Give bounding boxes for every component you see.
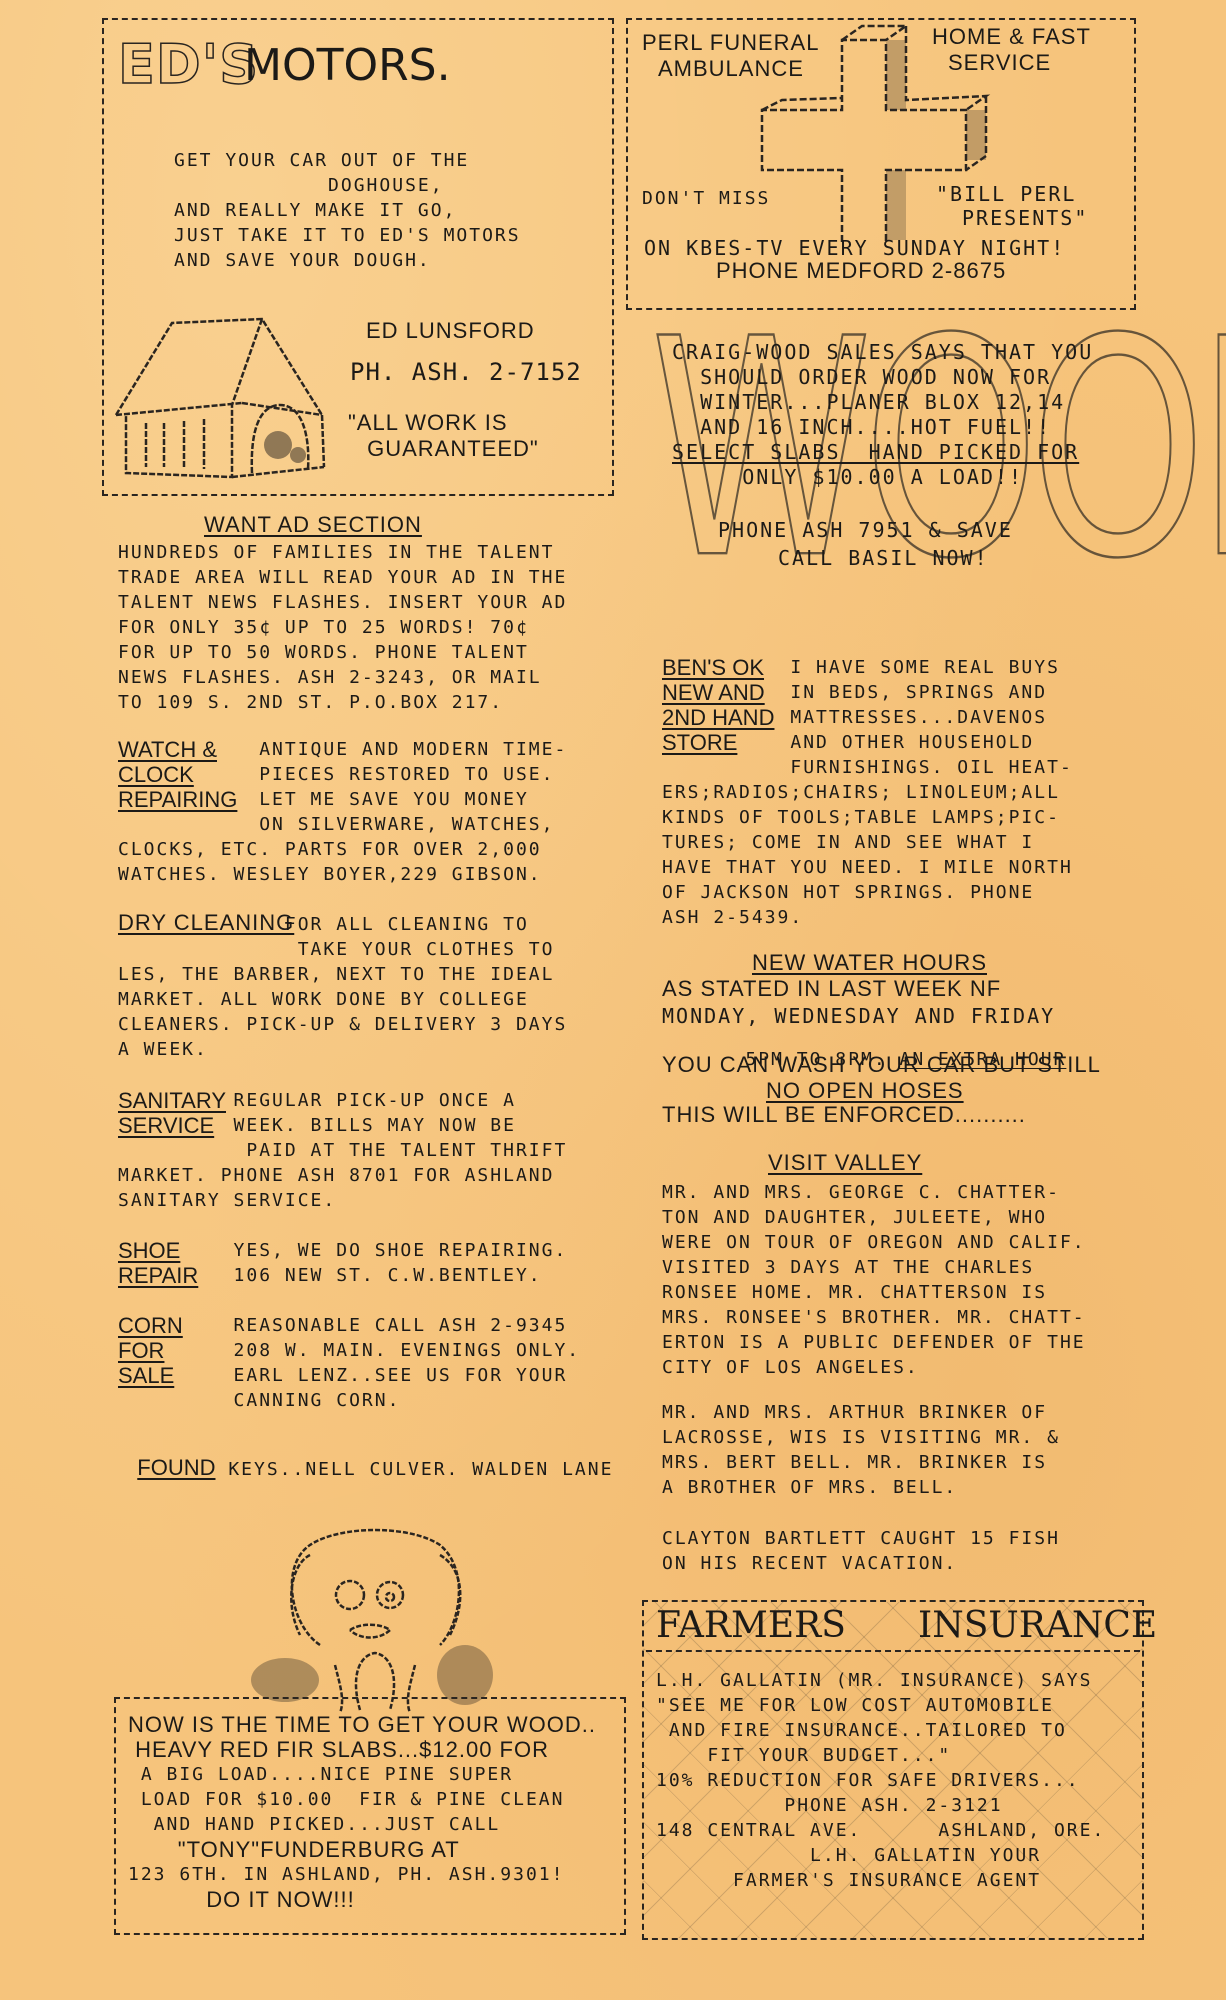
found-ad: FOUND KEYS..NELL CULVER. WALDEN LANE: [118, 1436, 613, 1481]
craig-wood-call: CALL BASIL NOW!: [778, 548, 989, 568]
eds-motors-guarantee-2: GUARANTEED": [360, 438, 539, 460]
visit-valley-para-3: CLAYTON BARTLETT CAUGHT 15 FISH ON HIS R…: [662, 1526, 1060, 1576]
perl-funeral-show-1: "BILL PERL: [936, 184, 1076, 204]
want-ad-heading: WANT AD SECTION: [204, 514, 422, 536]
perl-funeral-tv: ON KBES-TV EVERY SUNDAY NIGHT!: [644, 238, 1065, 258]
water-hours-line-5: NO OPEN HOSES: [766, 1080, 964, 1102]
visit-valley-heading: VISIT VALLEY: [768, 1152, 922, 1174]
eds-motors-title: MOTORS.: [244, 44, 451, 88]
tony-wood-text: NOW IS THE TIME TO GET YOUR WOOD.. HEAVY…: [128, 1712, 596, 1912]
water-hours-line-4: YOU CAN WASH YOUR CAR BUT STILL: [662, 1054, 1101, 1076]
found-text: KEYS..NELL CULVER. WALDEN LANE: [215, 1459, 613, 1480]
water-hours-line-1: AS STATED IN LAST WEEK NF: [662, 978, 1001, 1000]
eds-motors-poem: GET YOUR CAR OUT OF THE DOGHOUSE, AND RE…: [174, 148, 521, 273]
water-hours-line-6: THIS WILL BE ENFORCED..........: [662, 1104, 1026, 1126]
perl-funeral-right-2: SERVICE: [948, 52, 1051, 74]
farmers-text: L.H. GALLATIN (MR. INSURANCE) SAYS "SEE …: [656, 1668, 1105, 1893]
craig-wood-text: CRAIG-WOOD SALES SAYS THAT YOU SHOULD OR…: [672, 340, 1093, 490]
visit-valley-para-2: MR. AND MRS. ARTHUR BRINKER OF LACROSSE,…: [662, 1400, 1060, 1500]
craig-wood-phone: PHONE ASH 7951 & SAVE: [718, 520, 1013, 540]
water-hours-heading: NEW WATER HOURS: [752, 952, 987, 974]
eds-motors-guarantee-1: "ALL WORK IS: [348, 412, 508, 434]
eds-motors-title-bold: ED'S: [118, 38, 259, 92]
bens-store-text: I HAVE SOME REAL BUYS IN BEDS, SPRINGS A…: [662, 655, 1073, 930]
watch-repair-text: ANTIQUE AND MODERN TIME- PIECES RESTORED…: [118, 737, 567, 887]
perl-funeral-left-1: PERL FUNERAL: [642, 32, 819, 54]
visit-valley-para-1: MR. AND MRS. GEORGE C. CHATTER- TON AND …: [662, 1180, 1086, 1380]
eds-motors-phone: PH. ASH. 2-7152: [350, 360, 582, 384]
farmers-title-left: FARMERS: [656, 1608, 846, 1644]
perl-funeral-left-2: AMBULANCE: [658, 58, 804, 80]
shoe-repair-text: YES, WE DO SHOE REPAIRING. 106 NEW ST. C…: [118, 1238, 567, 1288]
perl-funeral-dont-miss: DON'T MISS: [642, 190, 770, 208]
want-ad-intro: HUNDREDS OF FAMILIES IN THE TALENT TRADE…: [118, 540, 567, 715]
farmers-title-right: INSURANCE: [918, 1608, 1157, 1644]
doghouse-icon: [112, 305, 342, 485]
perl-funeral-show-2: PRESENTS": [962, 208, 1088, 228]
sanitary-text: REGULAR PICK-UP ONCE A WEEK. BILLS MAY N…: [118, 1088, 567, 1213]
corn-text: REASONABLE CALL ASH 2-9345 208 W. MAIN. …: [118, 1313, 580, 1413]
eds-motors-owner: ED LUNSFORD: [366, 320, 535, 342]
water-hours-line-2: MONDAY, WEDNESDAY AND FRIDAY: [662, 1006, 1055, 1026]
farmers-title-rule: [646, 1650, 1140, 1652]
perl-funeral-right-1: HOME & FAST: [932, 26, 1091, 48]
dog-illustration-icon: [240, 1525, 510, 1715]
found-label: FOUND: [137, 1455, 215, 1480]
dry-cleaning-text: FOR ALL CLEANING TO TAKE YOUR CLOTHES TO…: [118, 912, 567, 1062]
